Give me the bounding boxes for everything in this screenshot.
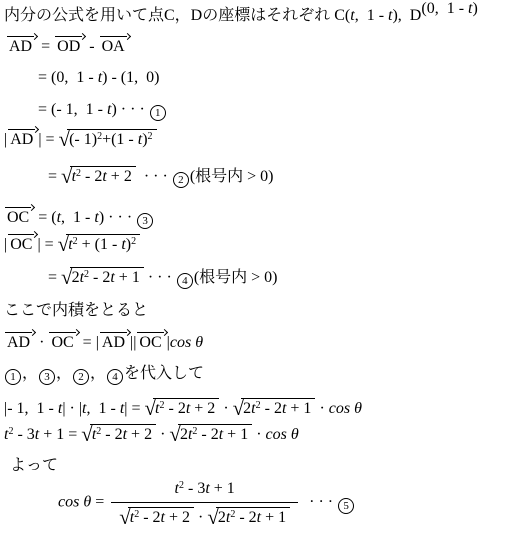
text-run: + 1 = bbox=[39, 426, 81, 443]
circled-number-4: 4 bbox=[177, 273, 193, 289]
square-root: √(- 1)2+(1 - t)2 bbox=[59, 131, 157, 148]
text-run: |- 1, 1 - bbox=[4, 400, 58, 417]
superscript: 2 bbox=[131, 236, 136, 247]
text-run: - 2 bbox=[89, 269, 110, 286]
cos-theta-result: cos θ = t2 - 3t + 1√t2 - 2t + 2 · √2t2 -… bbox=[58, 477, 512, 529]
text-run: - 2 bbox=[81, 168, 102, 185]
text-run: ， bbox=[22, 365, 38, 382]
math-document: 内分の公式を用いて点C，Dの座標はそれぞれ C(t, 1 - t), D(0, … bbox=[0, 0, 514, 529]
text-run: + 2 bbox=[190, 400, 215, 417]
vector-ad-with-arrow: AD bbox=[5, 331, 34, 351]
text-run: ) bbox=[472, 0, 477, 17]
text-run: + 2 bbox=[127, 426, 152, 443]
text-run: + 2 bbox=[107, 168, 132, 185]
text-run: = bbox=[37, 38, 54, 55]
square-root: √t2 - 2t + 2 bbox=[81, 426, 156, 443]
text-run: | · | bbox=[62, 400, 82, 417]
text-run: = bbox=[91, 494, 108, 511]
text-run: + (1 - bbox=[78, 236, 122, 253]
superscript: 2 bbox=[148, 131, 153, 142]
text-run: + 1 bbox=[223, 426, 248, 443]
text-run: +(1 - bbox=[102, 131, 138, 148]
radicand: 2t2 - 2t + 1 bbox=[178, 424, 252, 444]
text-run: + 2 bbox=[165, 509, 190, 526]
text-run: - bbox=[85, 38, 98, 55]
text-run: , 1 - bbox=[355, 7, 388, 24]
text-run: + 1 bbox=[210, 480, 235, 497]
square-root: √2t2 - 2t + 1 bbox=[61, 269, 144, 286]
inner-product-formula: AD · OC = |AD||OC|cos θ bbox=[4, 331, 512, 354]
text-run: 2 bbox=[218, 509, 226, 526]
vector-ad-with-arrow: AD bbox=[7, 35, 36, 55]
text-run: ) · · · bbox=[99, 209, 136, 226]
text-run: (根号内 > 0) bbox=[194, 269, 278, 286]
text-run: ), D bbox=[392, 7, 421, 24]
text-run: | = bbox=[124, 400, 144, 417]
circled-number-3: 3 bbox=[137, 213, 153, 229]
text-run: C( bbox=[334, 7, 350, 24]
radicand: 2t2 - 2t + 1 bbox=[241, 398, 315, 418]
substituted-equation: |- 1, 1 - t| · |t, 1 - t| = √t2 - 2t + 2… bbox=[4, 397, 512, 420]
text-run: · bbox=[252, 426, 265, 443]
text-run: ) - (1, 0) bbox=[102, 69, 159, 86]
text-run: + 1 bbox=[286, 400, 311, 417]
square-root: √t2 + (1 - t)2 bbox=[58, 236, 140, 253]
square-root: √t2 - 2t + 2 bbox=[61, 168, 136, 185]
circled-number-2: 2 bbox=[173, 172, 189, 188]
math-variable: cos θ bbox=[329, 400, 362, 417]
text-run: = bbox=[48, 168, 61, 185]
conclusion-intro: よって bbox=[10, 454, 512, 477]
text-run: · · · bbox=[136, 168, 172, 185]
text-run: = | bbox=[79, 334, 99, 351]
circled-number-3: 3 bbox=[39, 369, 55, 385]
oc-definition: OC = (t, 1 - t) · · · 3 bbox=[4, 206, 512, 229]
oc-magnitude-simplified: = √2t2 - 2t + 1 · · · 4(根号内 > 0) bbox=[48, 266, 512, 289]
text-run: - 2 bbox=[139, 509, 160, 526]
text-run: (根号内 > 0) bbox=[190, 168, 274, 185]
radicand: t2 - 2t + 2 bbox=[153, 398, 219, 418]
oc-magnitude: |OC| = √t2 + (1 - t)2 bbox=[4, 233, 512, 256]
math-variable: cos θ bbox=[58, 494, 91, 511]
text-run: · · · bbox=[301, 494, 337, 511]
text-run: - 2 bbox=[261, 400, 282, 417]
text-run: 内分の公式を用いて点C，Dの座標はそれぞれ bbox=[4, 7, 334, 24]
text-run: · bbox=[219, 400, 232, 417]
text-run: | = bbox=[37, 236, 57, 253]
fraction: t2 - 3t + 1√t2 - 2t + 2 · √2t2 - 2t + 1 bbox=[111, 477, 298, 529]
circled-number-1: 1 bbox=[5, 369, 21, 385]
ad-definition: AD = OD - OA bbox=[6, 35, 512, 58]
vector-ad-with-arrow: AD bbox=[100, 331, 129, 351]
square-root: √t2 - 2t + 2 bbox=[119, 509, 194, 526]
text-run: = (0, 1 - bbox=[38, 69, 98, 86]
text-run: よって bbox=[10, 457, 58, 474]
square-root: √2t2 - 2t + 1 bbox=[169, 426, 252, 443]
radicand: (- 1)2+(1 - t)2 bbox=[67, 129, 156, 149]
text-run: · bbox=[194, 509, 207, 526]
ad-magnitude-simplified: = √t2 - 2t + 2 · · · 2(根号内 > 0) bbox=[48, 165, 512, 188]
ad-magnitude: |AD| = √(- 1)2+(1 - t)2 bbox=[4, 128, 512, 151]
text-run: + 1 bbox=[115, 269, 140, 286]
ad-expansion: = (0, 1 - t) - (1, 0) bbox=[38, 66, 512, 89]
radicand: t2 - 2t + 2 bbox=[128, 507, 194, 527]
square-root: √2t2 - 2t + 1 bbox=[233, 400, 316, 417]
vector-oc-with-arrow: OC bbox=[49, 331, 77, 351]
text-run: 2 bbox=[243, 400, 251, 417]
radicand: t2 - 2t + 2 bbox=[90, 424, 156, 444]
text-run: · bbox=[35, 334, 48, 351]
text-run: 2 bbox=[72, 269, 80, 286]
math-variable: cos θ bbox=[266, 426, 299, 443]
text-run: - 3 bbox=[184, 480, 205, 497]
text-run: = bbox=[48, 269, 61, 286]
radicand: 2t2 - 2t + 1 bbox=[216, 507, 290, 527]
text-run: - 2 bbox=[197, 426, 218, 443]
text-run: ， bbox=[90, 365, 106, 382]
text-run: | = bbox=[38, 131, 58, 148]
ad-result: = (- 1, 1 - t) · · · 1 bbox=[38, 98, 512, 121]
text-run: - 2 bbox=[101, 426, 122, 443]
text-run: , 1 - bbox=[61, 209, 94, 226]
text-run: を代入して bbox=[124, 365, 204, 382]
text-run: || bbox=[130, 334, 136, 351]
text-run: ここで内積をとると bbox=[4, 302, 148, 319]
text-run: (0, 1 - bbox=[421, 0, 468, 17]
text-run: · bbox=[156, 426, 169, 443]
circled-number-4: 4 bbox=[107, 369, 123, 385]
substitution-note: 1，3，2，4を代入して bbox=[4, 362, 512, 385]
text-run: + 1 bbox=[261, 509, 286, 526]
vector-oc-with-arrow: OC bbox=[8, 233, 36, 253]
text-run: · bbox=[315, 400, 328, 417]
text-run: 2 bbox=[180, 426, 188, 443]
text-run: ， bbox=[56, 365, 72, 382]
intro-line: 内分の公式を用いて点C，Dの座標はそれぞれ C(t, 1 - t), D(0, … bbox=[4, 4, 512, 27]
vector-oc-with-arrow: OC bbox=[5, 206, 33, 226]
text-run: (- 1) bbox=[69, 131, 97, 148]
vector-oc-with-arrow: OC bbox=[137, 331, 165, 351]
vector-oa-with-arrow: OA bbox=[100, 35, 129, 55]
text-run: = ( bbox=[34, 209, 56, 226]
circled-number-5: 5 bbox=[338, 498, 354, 514]
text-run: = (- 1, 1 - bbox=[38, 101, 107, 118]
text-run: , 1 - bbox=[87, 400, 120, 417]
vector-od-with-arrow: OD bbox=[55, 35, 84, 55]
inner-product-intro: ここで内積をとると bbox=[4, 299, 512, 322]
vector-ad-with-arrow: AD bbox=[8, 128, 37, 148]
circled-number-2: 2 bbox=[73, 369, 89, 385]
text-run: | bbox=[4, 236, 7, 253]
radicand: t2 + (1 - t)2 bbox=[66, 234, 140, 254]
square-root: √t2 - 2t + 2 bbox=[145, 400, 220, 417]
radicand: t2 - 2t + 2 bbox=[70, 166, 136, 186]
math-variable: cos θ bbox=[170, 334, 203, 351]
text-run: | bbox=[4, 131, 7, 148]
simplified-equation: t2 - 3t + 1 = √t2 - 2t + 2 · √2t2 - 2t +… bbox=[4, 423, 512, 446]
denominator: √t2 - 2t + 2 · √2t2 - 2t + 1 bbox=[111, 502, 298, 529]
numerator: t2 - 3t + 1 bbox=[111, 477, 298, 502]
raised-coordinates: (0, 1 - t) bbox=[421, 0, 477, 20]
text-run: - 3 bbox=[13, 426, 34, 443]
text-run: ) · · · bbox=[111, 101, 148, 118]
circled-number-1: 1 bbox=[150, 105, 166, 121]
text-run: · · · bbox=[144, 269, 176, 286]
radicand: 2t2 - 2t + 1 bbox=[70, 267, 144, 287]
text-run: - 2 bbox=[235, 509, 256, 526]
square-root: √2t2 - 2t + 1 bbox=[207, 509, 290, 526]
text-run: - 2 bbox=[165, 400, 186, 417]
